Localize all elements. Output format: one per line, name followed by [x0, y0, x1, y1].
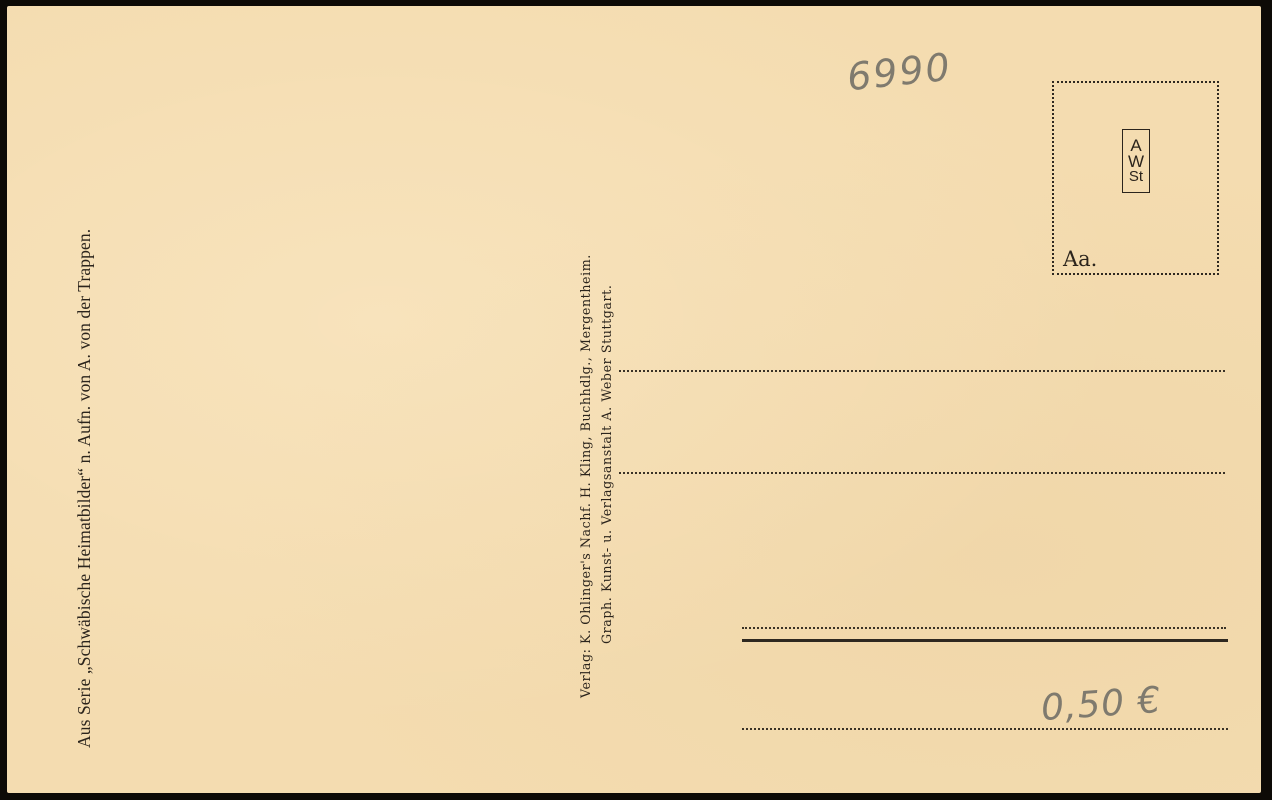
postcard-back: Aus Serie „Schwäbische Heimatbilder“ n. …	[7, 6, 1261, 793]
publisher-line-1: Verlag: K. Ohlinger's Nachf. H. Kling, B…	[578, 254, 593, 698]
stamp-note: Aa.	[1063, 247, 1097, 271]
handwritten-catalog-number: 6990	[845, 45, 954, 100]
address-divider	[742, 639, 1228, 642]
address-line-1	[619, 370, 1225, 372]
awst-logo-icon: A W St	[1122, 129, 1150, 193]
handwritten-price: 0,50 €	[1040, 680, 1163, 729]
address-line-2	[619, 472, 1225, 474]
publisher-line-2: Graph. Kunst- u. Verlagsanstalt A. Weber…	[599, 285, 614, 644]
address-line-3	[742, 627, 1226, 629]
stamp-box: A W St Aa.	[1052, 81, 1219, 275]
series-caption: Aus Serie „Schwäbische Heimatbilder“ n. …	[74, 229, 95, 748]
logo-letter-st: St	[1129, 170, 1143, 184]
address-line-4	[742, 728, 1228, 730]
